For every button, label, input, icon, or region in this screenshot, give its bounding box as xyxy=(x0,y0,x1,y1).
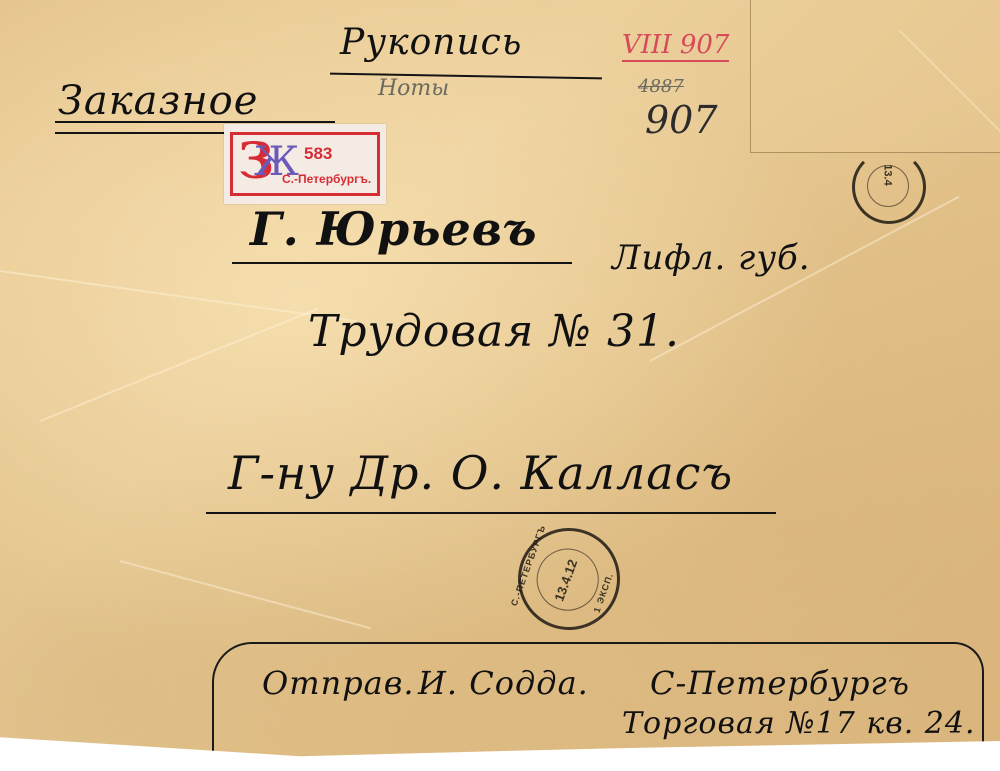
postmark-partial: 13.4 xyxy=(852,150,926,224)
content-note-pencil: Ноты xyxy=(378,76,449,101)
archive-red-number: VIII 907 xyxy=(622,30,729,62)
label-number: 583 xyxy=(304,144,332,164)
underline xyxy=(232,262,572,264)
registered-mark: Заказное xyxy=(58,78,258,124)
postmark-date: 13.4 xyxy=(882,164,894,185)
sender-street: Торговая №17 кв. 24. xyxy=(622,706,976,741)
paper-crease xyxy=(650,196,960,362)
stamp-removed-area xyxy=(750,0,1000,153)
content-type: Рукопись xyxy=(340,22,522,63)
envelope: Заказное Рукопись Ноты VIII 907 4887 907… xyxy=(0,0,1000,760)
underline xyxy=(330,73,602,79)
archive-number: 907 xyxy=(645,98,718,142)
paper-crease xyxy=(40,308,319,422)
underline xyxy=(206,512,776,514)
recipient-name: Г-ну Др. О. Калласъ xyxy=(228,446,733,500)
sender-city: С-Петербургъ xyxy=(650,664,910,702)
recipient-province: Лифл. губ. xyxy=(612,238,811,278)
sender-prefix: Отправ. xyxy=(262,664,415,702)
registration-label: З Ж 583 С.-Петербургъ. xyxy=(224,124,386,204)
recipient-street: Трудовая № 31. xyxy=(308,306,680,357)
sender-name: И. Содда. xyxy=(418,664,589,702)
underline xyxy=(55,121,335,123)
paper-crease xyxy=(120,560,372,629)
label-city: С.-Петербургъ. xyxy=(282,172,371,186)
underline xyxy=(55,132,235,134)
recipient-city: Г. Юрьевъ xyxy=(250,202,537,256)
postmark-center: С.-ПЕТЕРБУРГЪ 13.4.12 1 ЭКСП. xyxy=(504,514,635,645)
archive-struck-number: 4887 xyxy=(638,76,684,97)
